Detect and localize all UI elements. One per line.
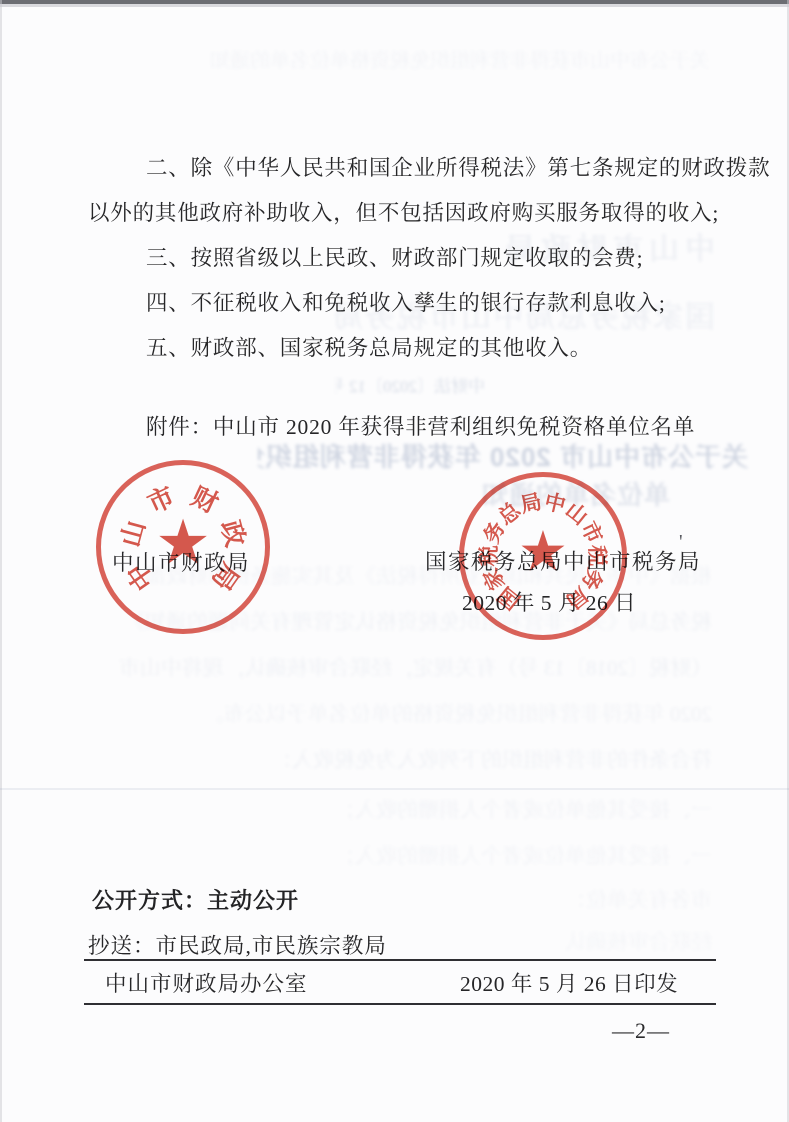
bleedthrough-line: 一、接受其他单位或者个人捐赠的收入； — [78, 794, 712, 824]
footer-divider-bottom — [84, 1003, 716, 1005]
stray-pen-mark: ' — [679, 531, 683, 554]
attachment-line: 附件：中山市 2020 年获得非营利组织免税资格单位名单 — [88, 412, 789, 442]
seal-ring-character: 中 — [116, 561, 155, 600]
seal-ring-character: 财 — [189, 476, 226, 513]
scanned-document-page: 关于公布中山市获得非营利组织免税资格单位名单的通知 中山市财政局 国家税务总局中… — [0, 0, 789, 1122]
bleedthrough-line: 2020 年获得非营利组织免税资格的单位名单予以公布。 — [78, 698, 712, 728]
issuing-office: 中山市财政局办公室 — [105, 967, 308, 998]
seal-ring-character: 市 — [140, 476, 177, 513]
publicity-method: 公开方式：主动公开 — [92, 884, 299, 915]
bleedthrough-line: （财税〔2018〕13 号）有关规定，经联合审核确认，现将中山市 — [78, 652, 712, 682]
print-date: 2020 年 5 月 26 日印发 — [460, 967, 678, 998]
seal-ring-character: 局 — [211, 561, 250, 600]
seal-star-icon: ★ — [155, 512, 211, 574]
body-line-item-4: 四、不征税收入和免税收入孳生的银行存款利息收入; — [88, 288, 789, 318]
seal-ring-character: 山 — [110, 515, 144, 549]
footer-divider-top — [84, 959, 716, 961]
scan-edge-left — [0, 0, 2, 1122]
bleedthrough-line: 一、接受其他单位或者个人捐赠的收入； — [78, 840, 712, 870]
bleedthrough-line: 经联合审核确认 — [430, 926, 712, 956]
body-line-item-2: 二、除《中华人民共和国企业所得税法》第七条规定的财政拨款 — [88, 153, 789, 183]
bleedthrough-line: 市各有关单位： — [400, 884, 712, 914]
body-line-item-3: 三、按照省级以上民政、财政部门规定收取的会费; — [88, 243, 789, 273]
bleedthrough-title: 关于公布中山市 2020 年获得非营利组织免税资格 — [258, 437, 748, 474]
cc-recipients: 抄送：市民政局,市民族宗教局 — [88, 929, 387, 960]
page-number: —2— — [612, 1018, 670, 1044]
bleedthrough-line: 符合条件的非营利组织的下列收入为免税收入： — [78, 744, 712, 774]
bleedthrough-doc-number: 中财法〔2020〕12 号 — [335, 372, 485, 397]
body-line-item-5: 五、财政部、国家税务总局规定的其他收入。 — [88, 333, 789, 363]
seal-ring-character: 政 — [222, 515, 256, 549]
body-line-item-2-cont: 以外的其他政府补助收入，但不包括因政府购买服务取得的收入; — [88, 198, 736, 228]
finance-bureau-seal: ★ 中山市财政局 — [96, 460, 270, 634]
scan-edge-top-shadow — [0, 4, 789, 7]
tax-bureau-seal: ★ 国家税务总局中山市税务局 — [459, 472, 627, 640]
bleedthrough-line: 关于公布中山市获得非营利组织免税资格单位名单的通知 — [110, 44, 710, 73]
seal-star-icon: ★ — [518, 525, 568, 581]
paper-fold-line — [0, 788, 789, 790]
